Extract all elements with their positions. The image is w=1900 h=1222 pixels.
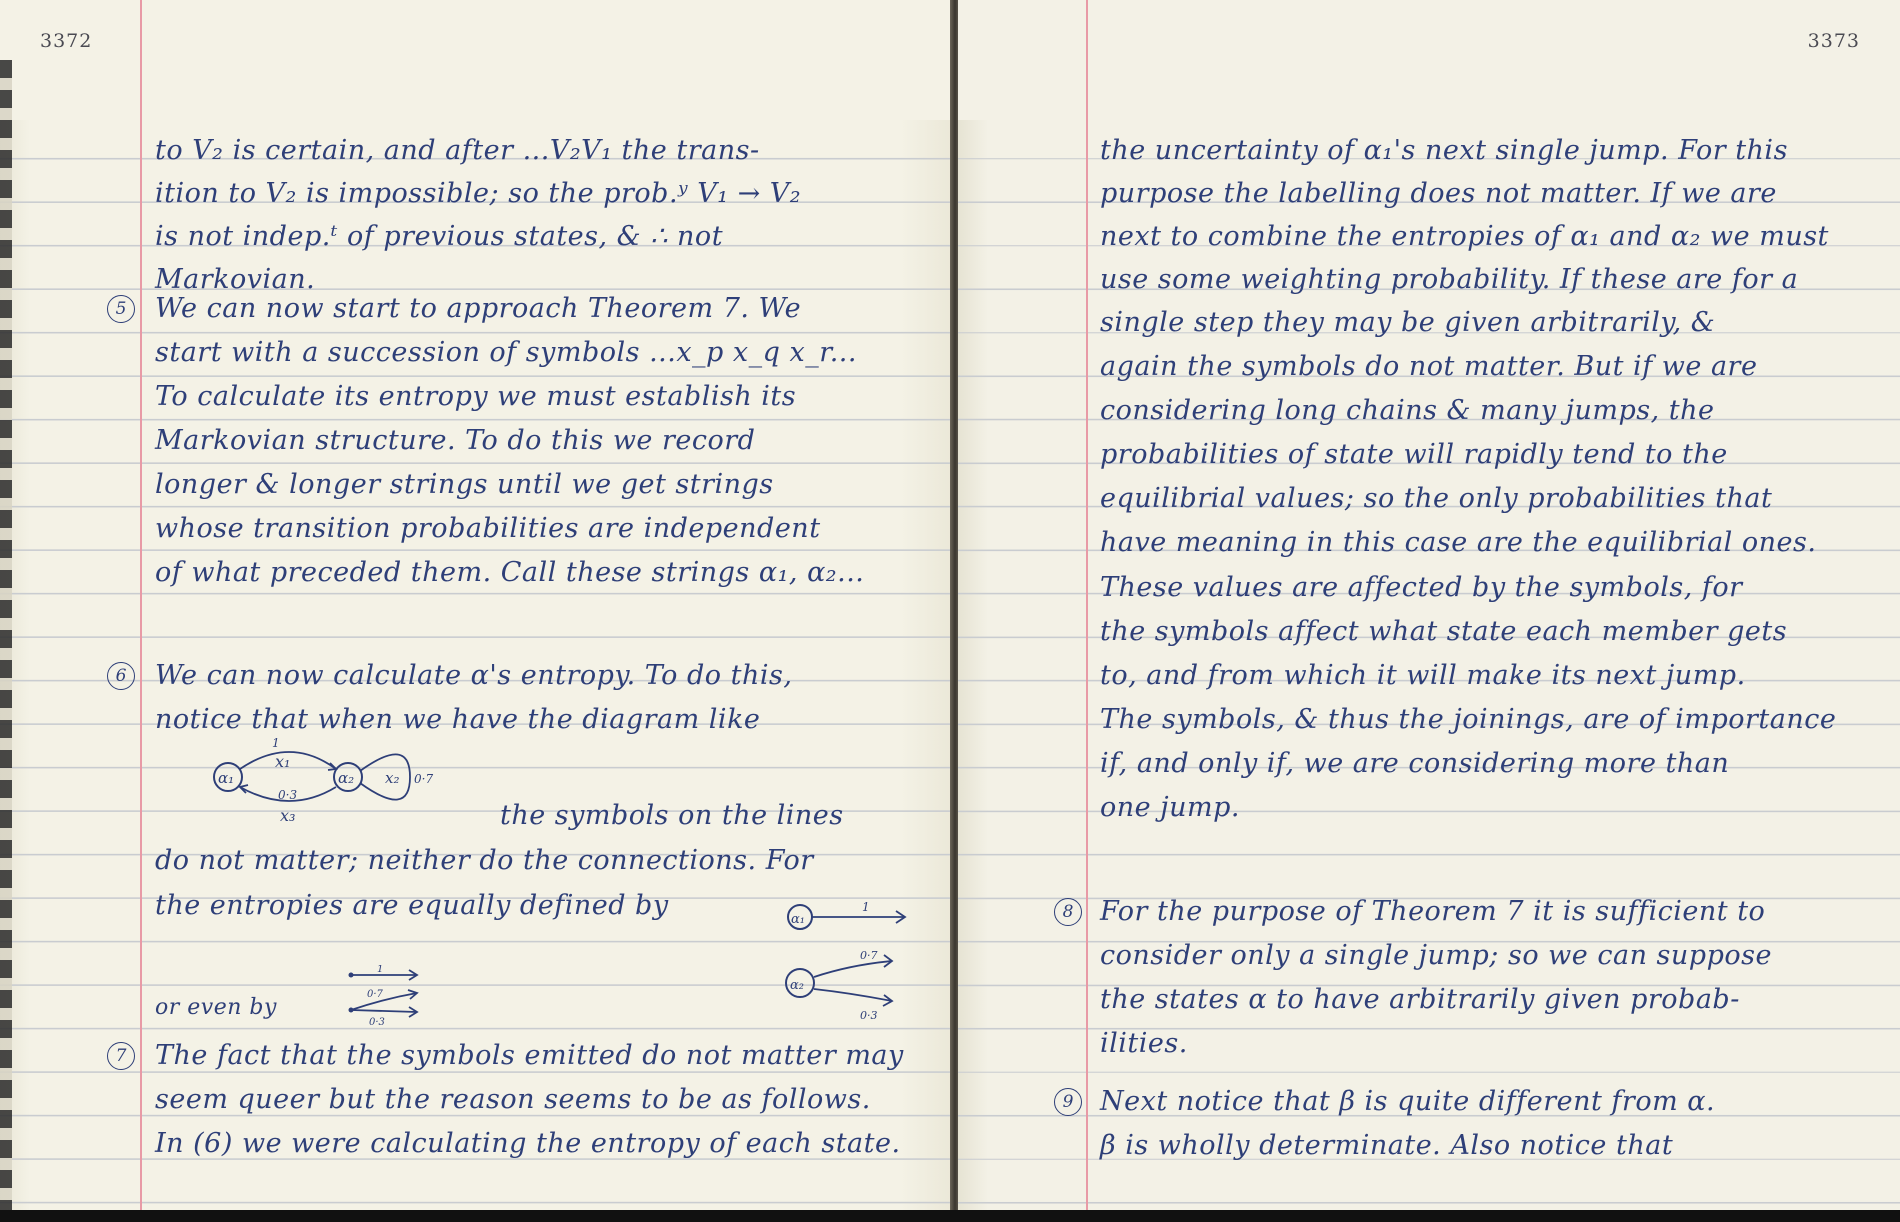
svg-text:α₂: α₂ xyxy=(790,978,804,993)
text-line: For the purpose of Theorem 7 it is suffi… xyxy=(1100,896,1765,927)
text-line: next to combine the entropies of α₁ and … xyxy=(1100,221,1829,252)
text-line: probabilities of state will rapidly tend… xyxy=(1100,439,1728,470)
text-line: We can now calculate α's entropy. To do … xyxy=(155,660,792,691)
text-line: to V₂ is certain, and after ...V₂V₁ the … xyxy=(155,135,760,166)
text-line: the symbols on the lines xyxy=(500,800,844,831)
text-line: do not matter; neither do the connection… xyxy=(155,845,814,876)
svg-text:1: 1 xyxy=(377,965,383,975)
text-line: the entropies are equally defined by xyxy=(155,890,669,921)
text-line: is not indep.ᵗ of previous states, & ∴ n… xyxy=(155,221,723,252)
text-line: These values are affected by the symbols… xyxy=(1100,572,1743,603)
text-line: β is wholly determinate. Also notice tha… xyxy=(1100,1130,1673,1161)
svg-text:0·3: 0·3 xyxy=(369,1017,385,1028)
text-line: seem queer but the reason seems to be as… xyxy=(155,1084,871,1115)
text-line: again the symbols do not matter. But if … xyxy=(1100,351,1757,382)
text-line: start with a succession of symbols ...x_… xyxy=(155,337,857,368)
text-line: one jump. xyxy=(1100,792,1240,823)
text-line: notice that when we have the diagram lik… xyxy=(155,704,760,735)
text-line: We can now start to approach Theorem 7. … xyxy=(155,293,801,324)
node-alpha1: α₁ xyxy=(218,769,234,787)
text-line: the states α to have arbitrarily given p… xyxy=(1100,984,1740,1015)
notebook-bottom-edge xyxy=(0,1210,1900,1222)
svg-text:0·7: 0·7 xyxy=(367,989,384,1000)
svg-text:1: 1 xyxy=(272,736,280,750)
right-page: 3373 the uncertainty of α₁'s next single… xyxy=(958,0,1900,1210)
text-line: to, and from which it will make its next… xyxy=(1100,660,1746,691)
paragraph-number: 7 xyxy=(107,1042,135,1070)
bare-diagram: 1 0·7 0·3 xyxy=(345,965,435,1034)
text-line: have meaning in this case are the equili… xyxy=(1100,527,1816,558)
svg-text:α₁: α₁ xyxy=(791,912,805,927)
text-line: The symbols, & thus the joinings, are of… xyxy=(1100,704,1836,735)
svg-text:x₁: x₁ xyxy=(275,752,290,771)
paragraph-number: 5 xyxy=(107,295,135,323)
text-line: the uncertainty of α₁'s next single jump… xyxy=(1100,135,1788,166)
text-line: if, and only if, we are considering more… xyxy=(1100,748,1729,779)
paragraph-number: 6 xyxy=(107,662,135,690)
svg-text:0·3: 0·3 xyxy=(860,1009,878,1022)
text-line: The fact that the symbols emitted do not… xyxy=(155,1040,904,1071)
text-line: Next notice that β is quite different fr… xyxy=(1100,1086,1715,1117)
text-line: Markovian structure. To do this we recor… xyxy=(155,425,755,456)
svg-text:1: 1 xyxy=(862,900,870,914)
text-line: longer & longer strings until we get str… xyxy=(155,469,774,500)
text-line: use some weighting probability. If these… xyxy=(1100,264,1798,295)
text-line: Markovian. xyxy=(155,264,315,295)
svg-text:0·3: 0·3 xyxy=(278,788,297,802)
page-number: 3372 xyxy=(40,30,92,52)
text-line: consider only a single jump; so we can s… xyxy=(1100,940,1772,971)
text-line: whose transition probabilities are indep… xyxy=(155,513,821,544)
node-alpha2: α₂ xyxy=(338,769,354,787)
text-line: equilibrial values; so the only probabil… xyxy=(1100,483,1772,514)
svg-text:0·7: 0·7 xyxy=(414,772,433,786)
text-line: purpose the labelling does not matter. I… xyxy=(1100,178,1777,209)
margin-rule xyxy=(1086,0,1088,1210)
alt-diagram: α₁ 1 α₂ 0·7 0·3 xyxy=(780,895,930,1029)
text-line: ilities. xyxy=(1100,1028,1188,1059)
text-line: or even by xyxy=(155,995,277,1020)
svg-text:x₂: x₂ xyxy=(385,769,399,787)
text-line: In (6) we were calculating the entropy o… xyxy=(155,1128,901,1159)
state-transition-diagram: α₁ α₂ 1 x₁ 0·3 x₃ x₂ 0·7 xyxy=(200,735,460,829)
page-number: 3373 xyxy=(1808,30,1860,52)
binding-edge xyxy=(0,60,12,1210)
text-line: considering long chains & many jumps, th… xyxy=(1100,395,1714,426)
text-line: single step they may be given arbitraril… xyxy=(1100,307,1715,338)
svg-text:x₃: x₃ xyxy=(280,806,295,825)
margin-rule xyxy=(140,0,142,1210)
paragraph-number: 9 xyxy=(1054,1088,1082,1116)
text-line: of what preceded them. Call these string… xyxy=(155,557,864,588)
text-line: To calculate its entropy we must establi… xyxy=(155,381,796,412)
svg-text:0·7: 0·7 xyxy=(860,949,878,962)
text-line: the symbols affect what state each membe… xyxy=(1100,616,1787,647)
left-page: 3372 to V₂ is certain, and after ...V₂V₁… xyxy=(0,0,952,1210)
text-line: ition to V₂ is impossible; so the prob.ʸ… xyxy=(155,178,801,209)
paragraph-number: 8 xyxy=(1054,898,1082,926)
